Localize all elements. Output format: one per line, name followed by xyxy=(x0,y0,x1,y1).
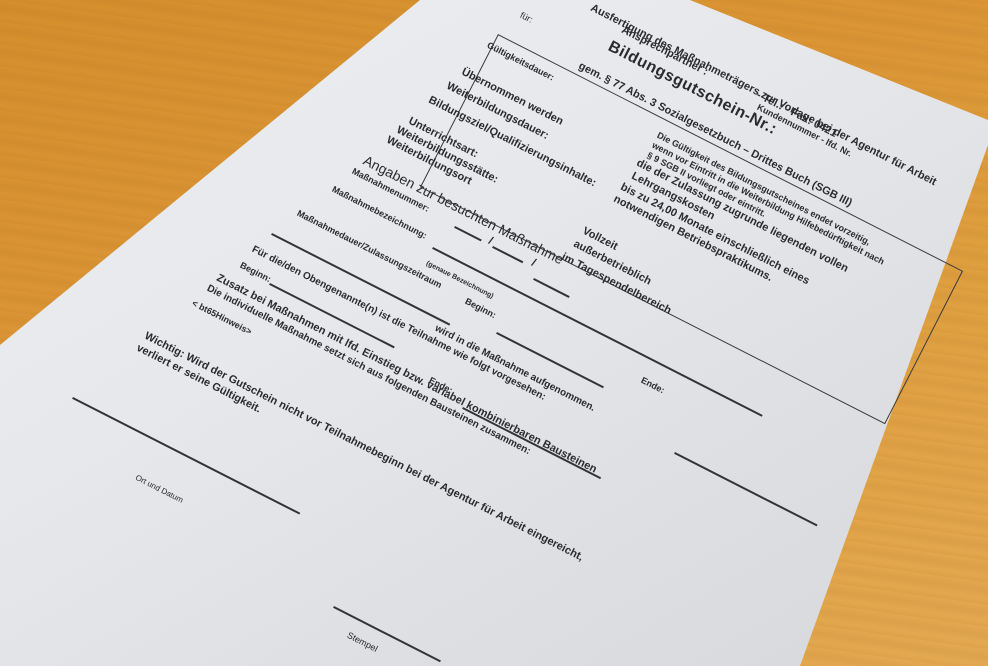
beginn-label: Beginn: xyxy=(463,296,497,320)
massnahmenummer-field-2[interactable] xyxy=(492,246,523,263)
beginn2-label: Beginn: xyxy=(238,260,272,284)
ende-field[interactable] xyxy=(674,452,817,526)
separator-2: / xyxy=(530,257,538,269)
massnahmenummer-field-1[interactable] xyxy=(454,226,482,241)
form-sheet: für: Ausfertigung des Maßnahmeträgers zu… xyxy=(0,0,988,666)
fuer-label: für: xyxy=(518,10,534,25)
stempel-label: Stempel xyxy=(345,630,379,654)
ende-label: Ende: xyxy=(639,375,666,395)
ort-datum-field[interactable] xyxy=(72,397,300,515)
ort-datum-label: Ort und Datum xyxy=(134,473,185,505)
massnahmenummer-field-3[interactable] xyxy=(533,278,570,298)
